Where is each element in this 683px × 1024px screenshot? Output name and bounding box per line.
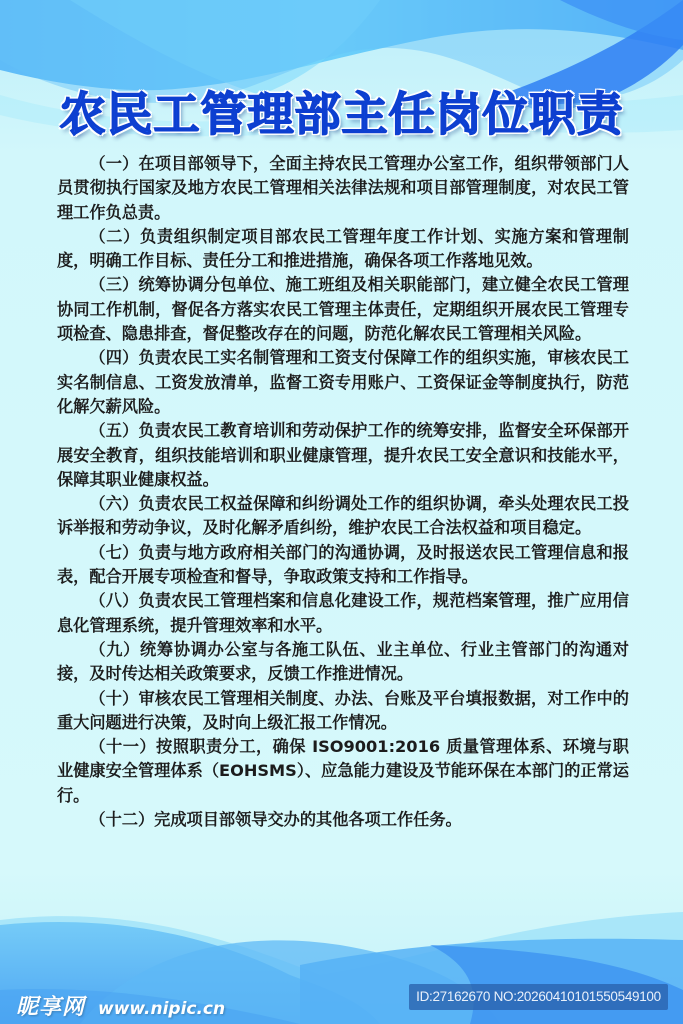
duty-item: （六）负责农民工权益保障和纠纷调处工作的组织协调，牵头处理农民工投诉举报和劳动争… [57,492,629,541]
duty-item: （一）在项目部领导下，全面主持农民工管理办公室工作，组织带领部门人员贯彻执行国家… [57,152,629,225]
duty-item: （八）负责农民工管理档案和信息化建设工作，规范档案管理，推广应用信息化管理系统，… [57,589,629,638]
duty-item: （十二）完成项目部领导交办的其他各项工作任务。 [57,808,629,832]
watermark-url: www.nipic.cn [98,999,225,1019]
watermark-logo: 昵享网 www.nipic.cn [16,990,225,1021]
watermark-id-badge: ID:27162670 NO:20260410101550549100 [409,984,668,1010]
duty-item: （十一）按照职责分工，确保 ISO9001:2016 质量管理体系、环境与职业健… [57,735,629,808]
duty-item: （十）审核农民工管理相关制度、办法、台账及平台填报数据，对工作中的重大问题进行决… [57,687,629,736]
duty-item: （三）统筹协调分包单位、施工班组及相关职能部门，建立健全农民工管理协同工作机制，… [57,273,629,346]
poster-title: 农民工管理部主任岗位职责 [0,78,683,144]
watermark-logo-text: 昵享网 [16,995,85,1020]
duty-item: （二）负责组织制定项目部农民工管理年度工作计划、实施方案和管理制度，明确工作目标… [57,225,629,274]
duty-item: （七）负责与地方政府相关部门的沟通协调，及时报送农民工管理信息和报表，配合开展专… [57,541,629,590]
duty-item: （五）负责农民工教育培训和劳动保护工作的统筹安排，监督安全环保部开展安全教育，组… [57,419,629,492]
duty-item: （四）负责农民工实名制管理和工资支付保障工作的组织实施，审核农民工实名制信息、工… [57,346,629,419]
duties-list: （一）在项目部领导下，全面主持农民工管理办公室工作，组织带领部门人员贯彻执行国家… [57,152,629,832]
duty-item: （九）统筹协调办公室与各施工队伍、业主单位、行业主管部门的沟通对接，及时传达相关… [57,638,629,687]
